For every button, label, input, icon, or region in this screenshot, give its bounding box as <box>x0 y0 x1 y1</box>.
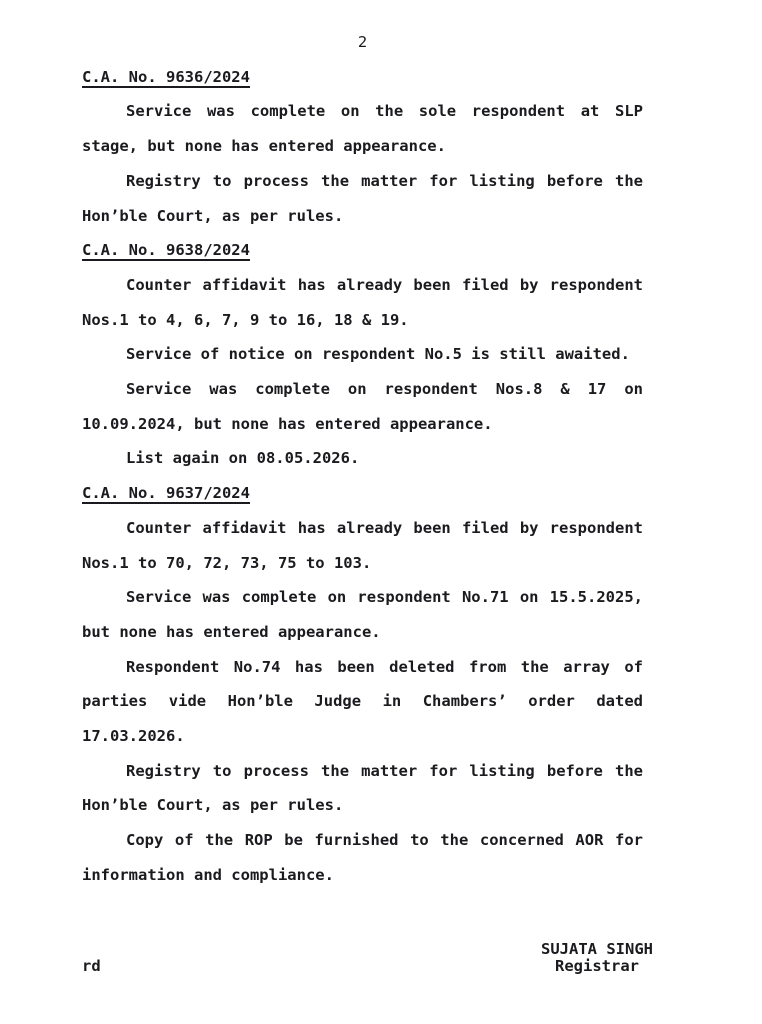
body-line: Registry to process the matter for listi… <box>82 164 643 199</box>
signatory-name: SUJATA SINGH <box>541 941 653 958</box>
body-line: 10.09.2024, but none has entered appeara… <box>82 407 643 442</box>
body-line: stage, but none has entered appearance. <box>82 129 643 164</box>
body-line: parties vide Hon’ble Judge in Chambers’ … <box>82 684 643 719</box>
body-line: List again on 08.05.2026. <box>82 441 643 476</box>
body-line: Nos.1 to 4, 6, 7, 9 to 16, 18 & 19. <box>82 303 643 338</box>
case-heading-9636: C.A. No. 9636/2024 <box>82 60 643 95</box>
case-heading-text: C.A. No. 9637/2024 <box>82 484 250 502</box>
case-heading-9638: C.A. No. 9638/2024 <box>82 233 643 268</box>
body-line: Counter affidavit has already been filed… <box>82 511 643 546</box>
body-line: information and compliance. <box>82 858 643 893</box>
body-line: Counter affidavit has already been filed… <box>82 268 643 303</box>
body-line: Service of notice on respondent No.5 is … <box>82 337 643 372</box>
registrar-signature: SUJATA SINGH Registrar <box>541 941 653 976</box>
body-line: Nos.1 to 70, 72, 73, 75 to 103. <box>82 546 643 581</box>
text-column: 2 C.A. No. 9636/2024 Service was complet… <box>82 25 643 975</box>
body-line: Copy of the ROP be furnished to the conc… <box>82 823 643 858</box>
body-line: Service was complete on respondent No.71… <box>82 580 643 615</box>
body-line: Service was complete on the sole respond… <box>82 94 643 129</box>
body-line: Hon’ble Court, as per rules. <box>82 788 643 823</box>
body-line: 17.03.2026. <box>82 719 643 754</box>
body-line: but none has entered appearance. <box>82 615 643 650</box>
signatory-title: Registrar <box>541 958 653 975</box>
body-line: Hon’ble Court, as per rules. <box>82 199 643 234</box>
document-page: 2 C.A. No. 9636/2024 Service was complet… <box>0 0 762 1024</box>
page-number: 2 <box>82 25 643 60</box>
signature-block: rd SUJATA SINGH Registrar <box>82 941 643 976</box>
case-heading-text: C.A. No. 9636/2024 <box>82 68 250 86</box>
body-line: Registry to process the matter for listi… <box>82 754 643 789</box>
body-line: Respondent No.74 has been deleted from t… <box>82 650 643 685</box>
body-line: Service was complete on respondent Nos.8… <box>82 372 643 407</box>
typist-initials: rd <box>82 958 101 975</box>
case-heading-text: C.A. No. 9638/2024 <box>82 241 250 259</box>
case-heading-9637: C.A. No. 9637/2024 <box>82 476 643 511</box>
